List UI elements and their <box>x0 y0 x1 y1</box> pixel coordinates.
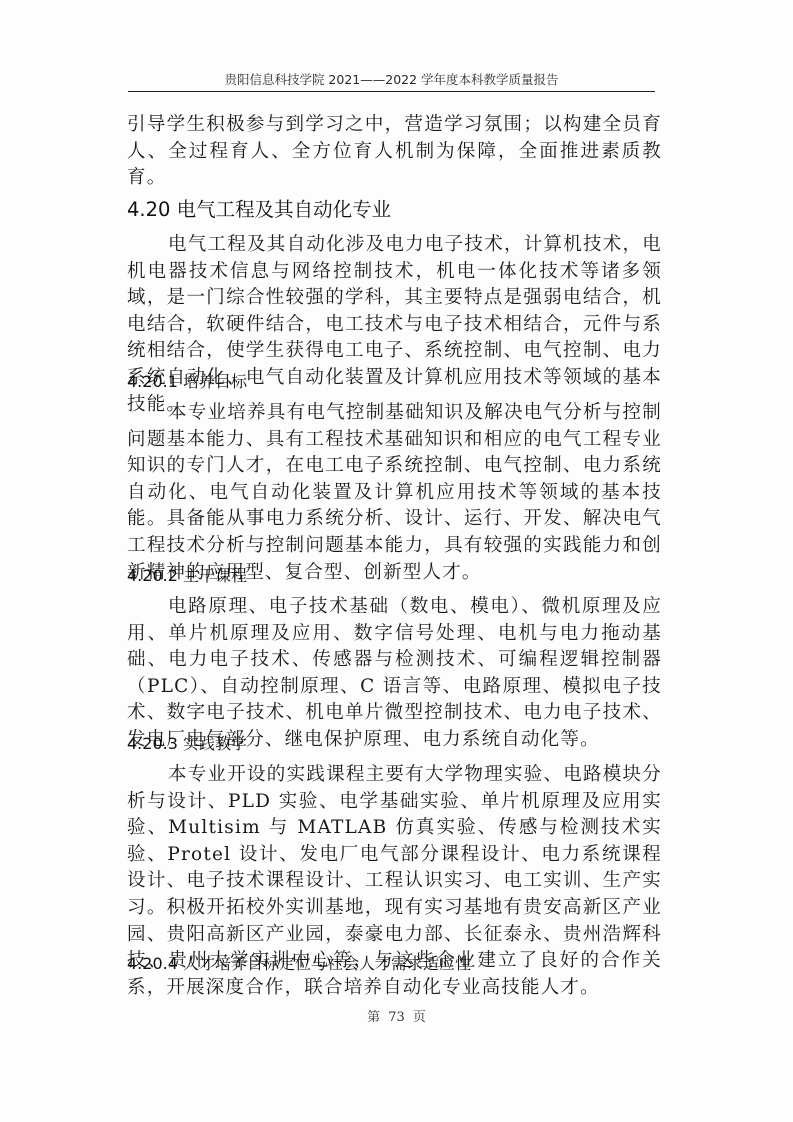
section-heading: 4.20 电气工程及其自动化专业 <box>127 198 662 222</box>
intro-paragraph: 引导学生积极参与到学习之中，营造学习氛围；以构建全员育人、全过程育人、全方位育人… <box>127 112 662 192</box>
subsection-1-heading-block: 4.20.1 培养目标 <box>127 371 662 393</box>
subsection-1-body: 本专业培养具有电气控制基础知识及解决电气分析与控制问题基本能力、具有工程技术基础… <box>127 400 662 586</box>
subsection-heading-talent-fit: 4.20.4 人才培养目标定位与社会人才需求适应性 <box>127 953 662 975</box>
subsection-3-heading-block: 4.20.3 实践教学 <box>127 733 662 755</box>
subsection-heading-practice-teaching: 4.20.3 实践教学 <box>127 733 662 755</box>
training-goals-paragraph: 本专业培养具有电气控制基础知识及解决电气分析与控制问题基本能力、具有工程技术基础… <box>127 400 662 586</box>
running-header: 贵阳信息科技学院 2021——2022 学年度本科教学质量报告 <box>128 70 655 92</box>
page-number: 第 73 页 <box>0 1008 793 1028</box>
subsection-heading-core-courses: 4.20.2 主干课程 <box>127 565 662 587</box>
subsection-4-heading-block: 4.20.4 人才培养目标定位与社会人才需求适应性 <box>127 953 662 975</box>
subsection-heading-training-goals: 4.20.1 培养目标 <box>127 371 662 393</box>
section-heading-block: 4.20 电气工程及其自动化专业 <box>127 198 662 222</box>
subsection-2-heading-block: 4.20.2 主干课程 <box>127 565 662 587</box>
header-divider <box>128 91 655 92</box>
core-courses-paragraph: 电路原理、电子技术基础（数电、模电）、微机原理及应用、单片机原理及应用、数字信号… <box>127 594 662 754</box>
intro-block: 引导学生积极参与到学习之中，营造学习氛围；以构建全员育人、全过程育人、全方位育人… <box>127 112 662 192</box>
subsection-2-body: 电路原理、电子技术基础（数电、模电）、微机原理及应用、单片机原理及应用、数字信号… <box>127 594 662 754</box>
